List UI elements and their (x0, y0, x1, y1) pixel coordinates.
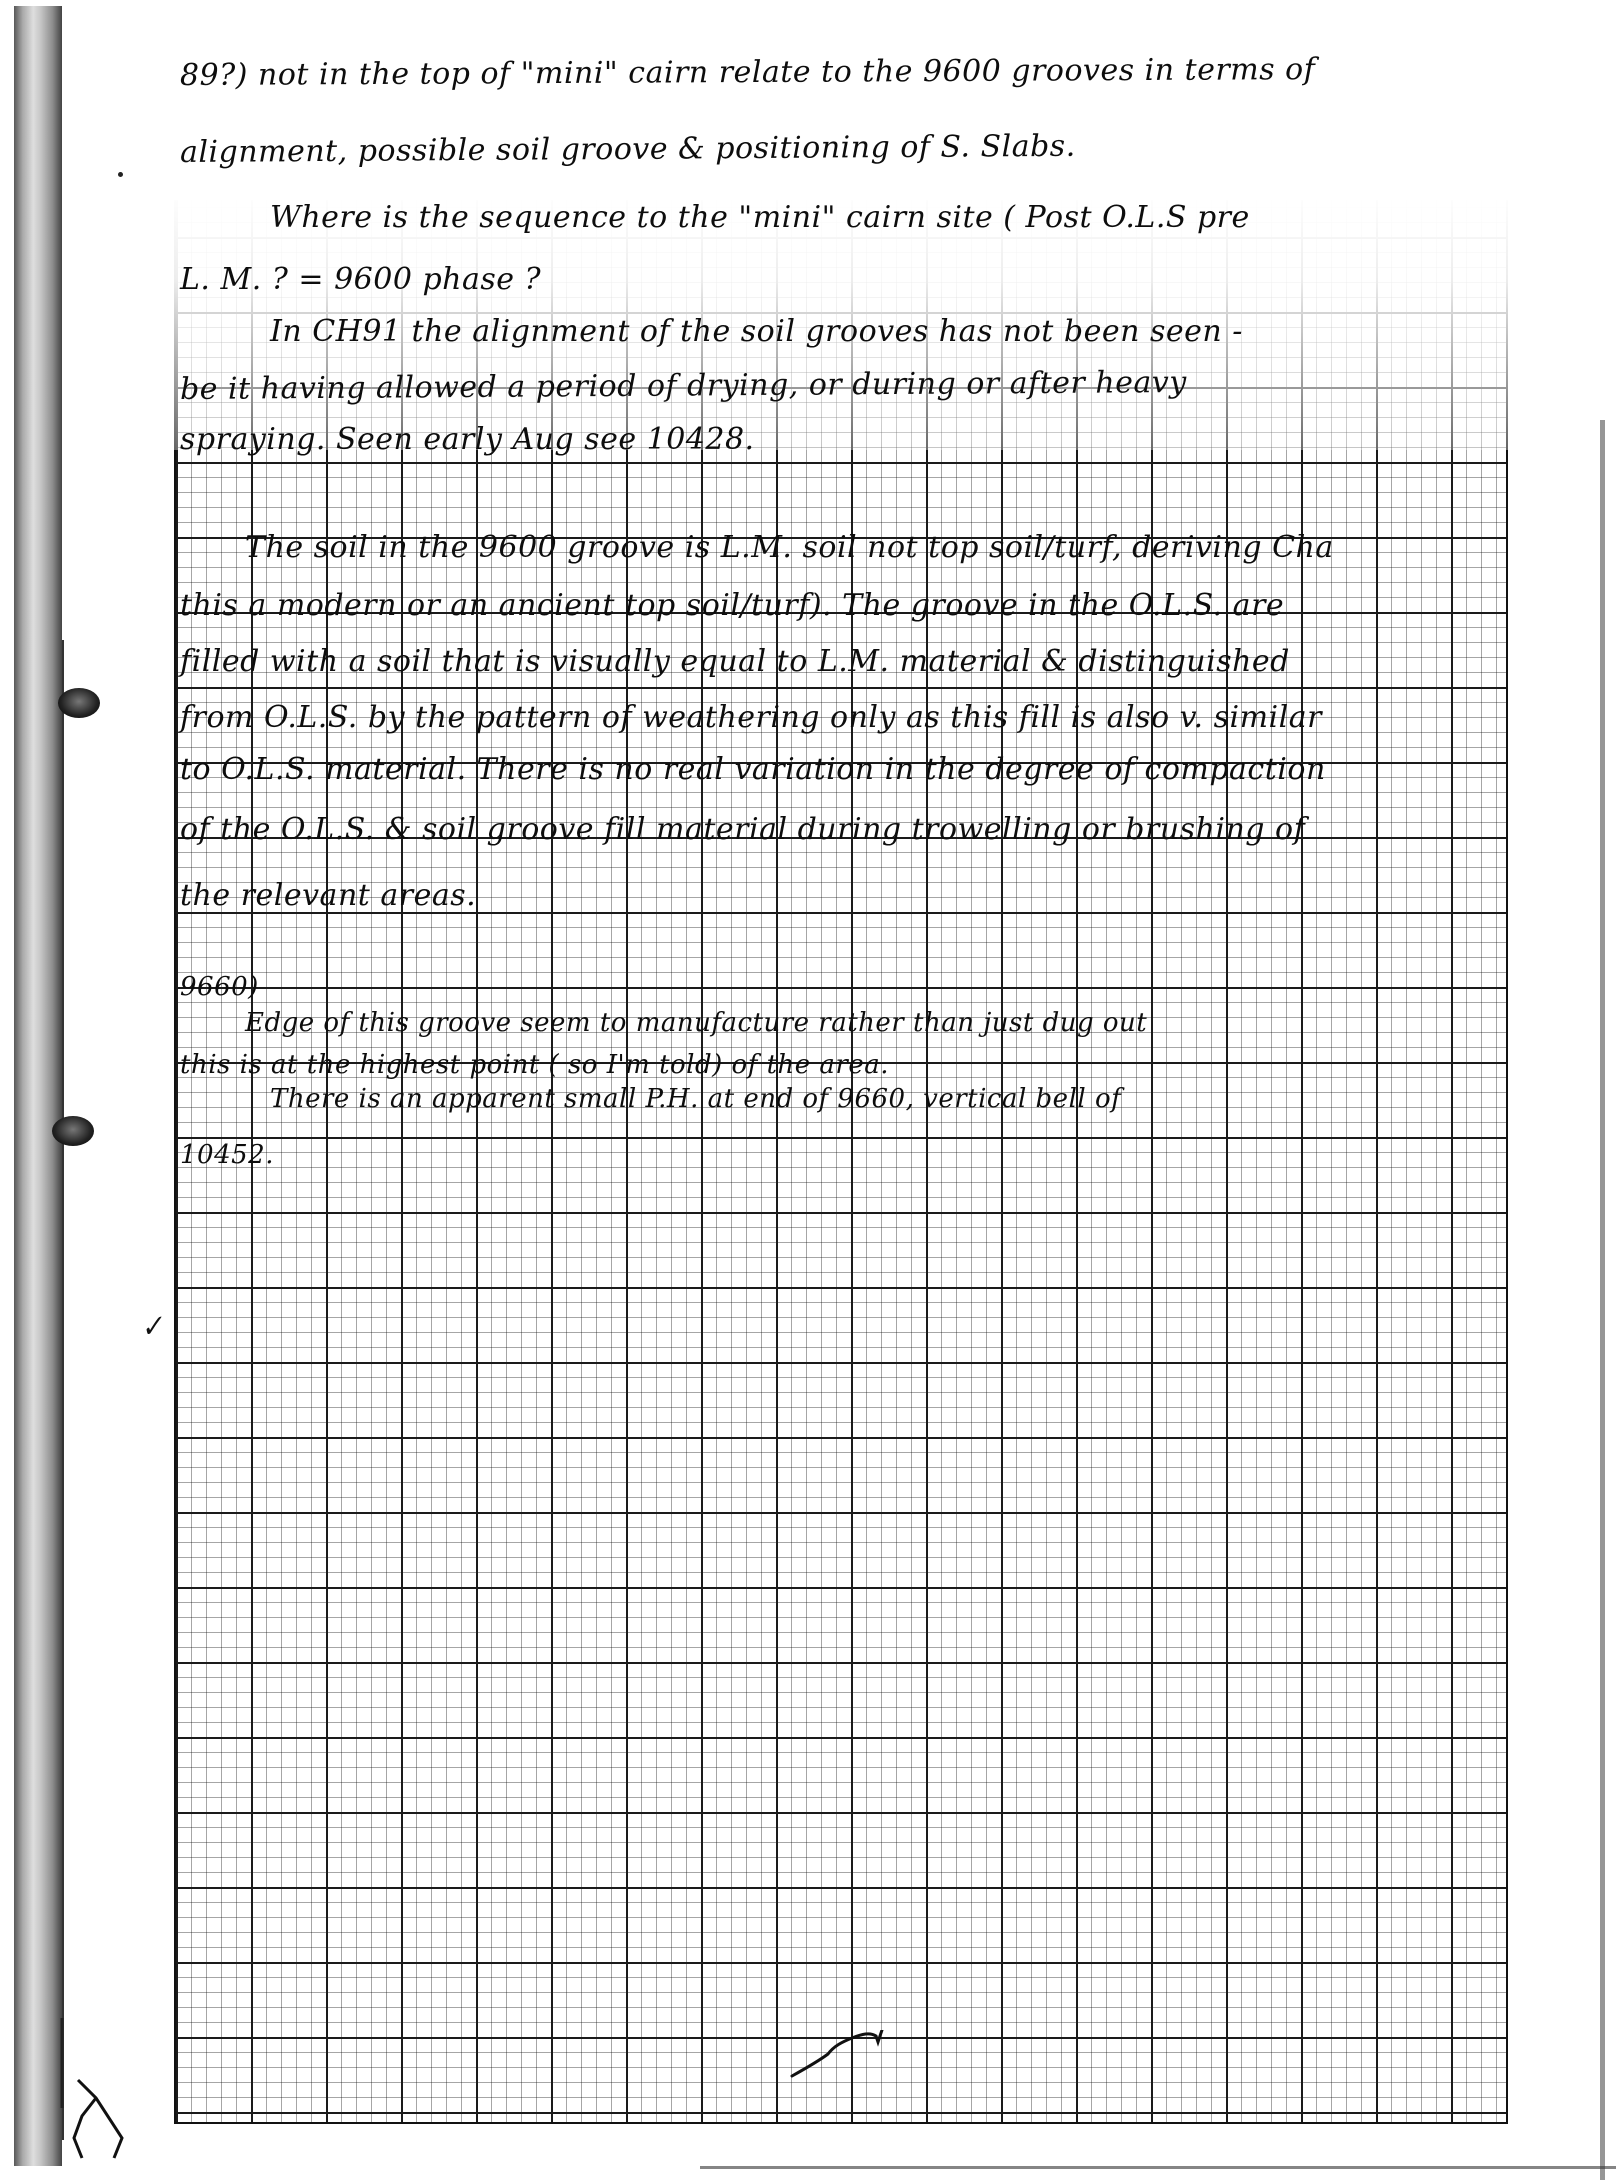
note-line: There is an apparent small P.H. at end o… (270, 1084, 1121, 1114)
scan-artifact-line (700, 2166, 1616, 2169)
punch-hole-bottom (52, 1116, 94, 1146)
punch-hole-top (58, 688, 100, 718)
note-line: 89?) not in the top of "mini" cairn rela… (180, 52, 1315, 93)
graph-paper-grid (174, 190, 1508, 2124)
pen-squiggle (790, 2030, 900, 2080)
note-line: to O.L.S. material. There is no real var… (180, 752, 1326, 787)
note-line: In CH91 the alignment of the soil groove… (270, 314, 1243, 349)
note-line: Edge of this groove seem to manufacture … (245, 1008, 1147, 1038)
note-line: 9660) (180, 972, 259, 1002)
note-line: The soil in the 9600 groove is L.M. soil… (245, 530, 1334, 565)
note-line: filled with a soil that is visually equa… (180, 644, 1290, 679)
note-line: this a modern or an ancient top soil/tur… (180, 588, 1284, 623)
note-line: alignment, possible soil groove & positi… (180, 129, 1076, 170)
note-line: Where is the sequence to the "mini" cair… (270, 200, 1250, 235)
margin-tick-mark: ✓ (137, 1308, 166, 1345)
note-line: the relevant areas. (180, 878, 476, 913)
corner-doodle (52, 2018, 132, 2168)
note-line: L. M. ? = 9600 phase ? (180, 262, 541, 297)
note-line: 10452. (180, 1140, 274, 1170)
note-line: this is at the highest point ( so I'm to… (180, 1050, 889, 1080)
scanned-page-edge (1600, 420, 1605, 2180)
binder-rule (62, 640, 64, 2140)
note-line: of the O.L.S. & soil groove fill materia… (180, 812, 1305, 847)
stray-mark (118, 172, 123, 177)
note-line: spraying. Seen early Aug see 10428. (180, 422, 755, 457)
note-line: be it having allowed a period of drying,… (180, 365, 1187, 407)
binder-edge (14, 6, 62, 2166)
note-line: from O.L.S. by the pattern of weathering… (180, 700, 1322, 735)
